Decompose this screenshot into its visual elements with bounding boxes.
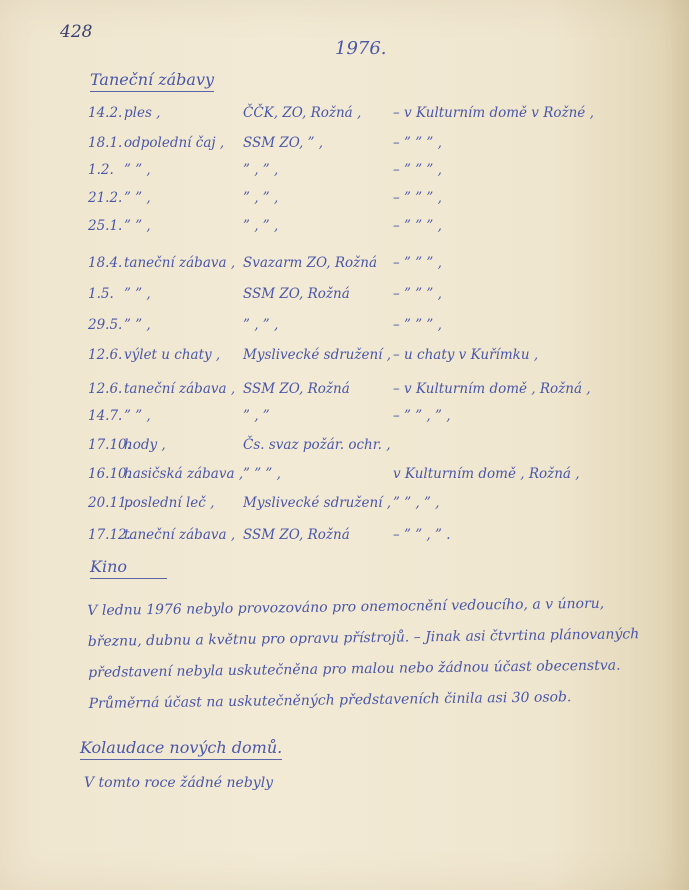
event-date: 1.5. [88, 286, 114, 302]
event-organizer: ” , ” [243, 408, 270, 424]
event-place: – ” ” , ” , [393, 408, 451, 424]
event-organizer: Svazarm ZO, Rožná [243, 255, 377, 271]
event-name: odpolední čaj , [124, 135, 224, 151]
event-organizer: ČČK, ZO, Rožná , [243, 105, 361, 121]
event-name: ” ” , [124, 218, 151, 234]
event-organizer: Čs. svaz požár. ochr. , [243, 437, 391, 453]
event-date: 21.2. [88, 190, 122, 206]
event-name: ” ” , [124, 286, 151, 302]
event-name: taneční zábava , [124, 527, 235, 543]
event-date: 1.2. [88, 162, 114, 178]
event-organizer: Myslivecké sdružení , [243, 495, 391, 511]
event-name: ples , [124, 105, 160, 121]
event-date: 12.6. [88, 381, 122, 397]
event-place: – ” ” ” , [393, 162, 442, 178]
kolaudace-paragraph: V tomto roce žádné nebyly [84, 768, 654, 799]
event-organizer: ” ” ” , [243, 466, 281, 482]
event-date: 14.7. [88, 408, 122, 424]
event-date: 29.5. [88, 317, 122, 333]
kino-paragraph: V lednu 1976 nebylo provozováno pro onem… [87, 588, 659, 720]
event-place: – v Kulturním domě , Rožná , [393, 381, 591, 397]
event-place: – ” ” ” , [393, 135, 442, 151]
event-place: – ” ” ” , [393, 218, 442, 234]
event-name: ” ” , [124, 190, 151, 206]
event-place: – ” ” ” , [393, 286, 442, 302]
event-place: – ” ” ” , [393, 317, 442, 333]
event-name: výlet u chaty , [124, 347, 220, 363]
event-name: ” ” , [124, 408, 151, 424]
event-organizer: Myslivecké sdružení , [243, 347, 391, 363]
page-number: 428 [60, 22, 92, 42]
section-heading-kolaudace: Kolaudace nových domů. [80, 738, 282, 760]
event-date: 12.6. [88, 347, 122, 363]
event-organizer: SSM ZO, Rožná [243, 286, 350, 302]
event-organizer: SSM ZO, Rožná [243, 381, 350, 397]
event-name: hasičská zábava , [124, 466, 243, 482]
event-place: – v Kulturním domě v Rožné , [393, 105, 594, 121]
event-name: taneční zábava , [124, 255, 235, 271]
event-organizer: ” , ” , [243, 317, 278, 333]
event-date: 18.4. [88, 255, 122, 271]
event-date: 14.2. [88, 105, 122, 121]
section-heading-dances: Taneční zábavy [90, 70, 214, 92]
event-organizer: ” , ” , [243, 190, 278, 206]
event-name: hody , [124, 437, 166, 453]
event-place: – ” ” ” , [393, 255, 442, 271]
section-heading-kino: Kino [90, 557, 167, 579]
event-organizer: SSM ZO, ” , [243, 135, 323, 151]
event-name: ” ” , [124, 317, 151, 333]
event-name: poslední leč , [124, 495, 214, 511]
event-organizer: SSM ZO, Rožná [243, 527, 350, 543]
event-place: v Kulturním domě , Rožná , [393, 466, 580, 482]
event-organizer: ” , ” , [243, 162, 278, 178]
event-place: – ” ” , ” . [393, 527, 451, 543]
event-date: 25.1. [88, 218, 122, 234]
event-place: – ” ” ” , [393, 190, 442, 206]
chronicle-page: 428 1976. Taneční zábavy 14.2.ples ,ČČK,… [0, 0, 689, 890]
event-place: – u chaty v Kuřímku , [393, 347, 538, 363]
event-organizer: ” , ” , [243, 218, 278, 234]
event-name: taneční zábava , [124, 381, 235, 397]
year-heading: 1976. [335, 38, 387, 59]
event-name: ” ” , [124, 162, 151, 178]
event-place: ” ” , ” , [393, 495, 439, 511]
event-date: 18.1. [88, 135, 122, 151]
